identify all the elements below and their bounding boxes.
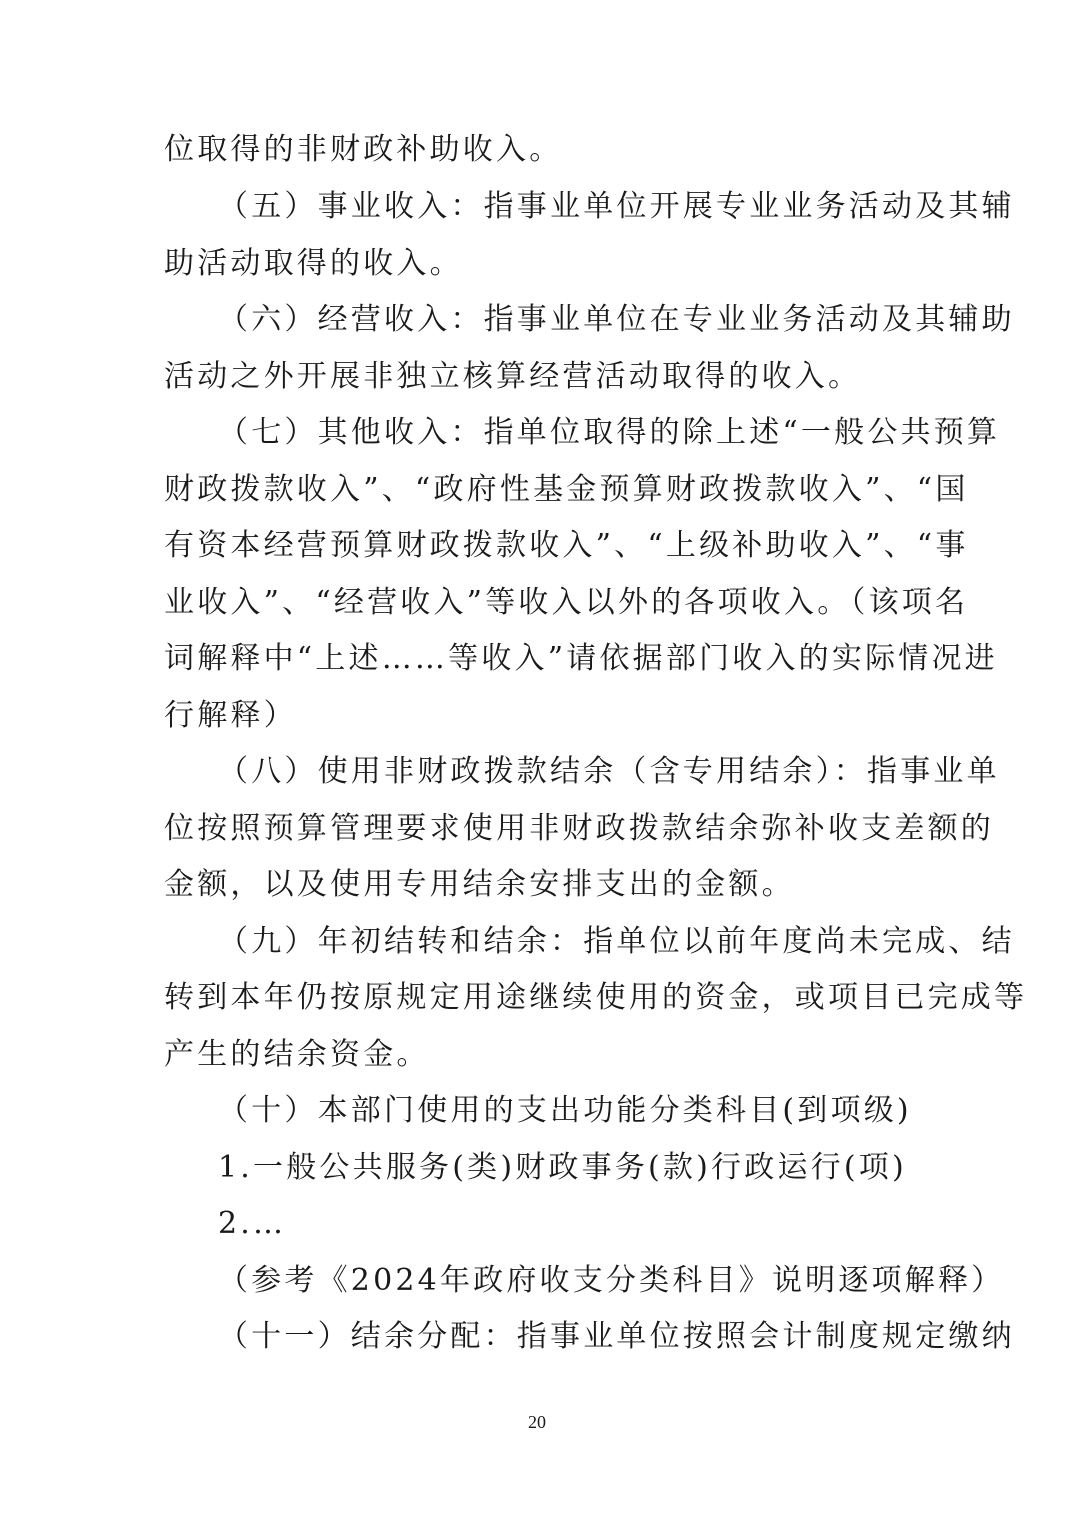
text-line-3: 助活动取得的收入。 (164, 244, 916, 284)
text-line-1: 位取得的非财政补助收入。 (164, 130, 916, 170)
text-line-10: 词解释中“上述……等收入”请依据部门收入的实际情况进 (164, 639, 916, 679)
document-page: 位取得的非财政补助收入。 （五）事业收入：指事业单位开展专业业务活动及其辅 助活… (0, 0, 1074, 1520)
text-line-14: 金额，以及使用专用结余安排支出的金额。 (164, 865, 916, 905)
section-ten-heading: （十）本部门使用的支出功能分类科目(到项级) (218, 1091, 970, 1131)
section-seven-heading: （七）其他收入：指单位取得的除上述“一般公共预算 (218, 413, 916, 453)
list-item-2: 2.… (218, 1204, 970, 1244)
section-five-heading: （五）事业收入：指事业单位开展专业业务活动及其辅 (218, 187, 916, 227)
list-item-1: 1.一般公共服务(类)财政事务(款)行政运行(项) (218, 1148, 970, 1188)
text-line-11: 行解释） (164, 696, 916, 736)
section-six-heading: （六）经营收入：指事业单位在专业业务活动及其辅助 (218, 300, 916, 340)
text-line-7: 财政拨款收入”、“政府性基金预算财政拨款收入”、“国 (164, 470, 916, 510)
text-line-8: 有资本经营预算财政拨款收入”、“上级补助收入”、“事 (164, 526, 916, 566)
section-eight-heading: （八）使用非财政拨款结余（含专用结余）：指事业单 (218, 752, 916, 792)
text-line-17: 产生的结余资金。 (164, 1035, 916, 1075)
reference-note: （参考《2024年政府收支分类科目》说明逐项解释） (218, 1261, 970, 1301)
section-eleven-heading: （十一）结余分配：指事业单位按照会计制度规定缴纳 (218, 1317, 916, 1357)
section-nine-heading: （九）年初结转和结余：指单位以前年度尚未完成、结 (218, 922, 916, 962)
text-line-16: 转到本年仍按原规定用途继续使用的资金，或项目已完成等 (164, 978, 916, 1018)
text-line-9: 业收入”、“经营收入”等收入以外的各项收入。（该项名 (164, 583, 916, 623)
text-line-5: 活动之外开展非独立核算经营活动取得的收入。 (164, 357, 916, 397)
text-line-13: 位按照预算管理要求使用非财政拨款结余弥补收支差额的 (164, 809, 916, 849)
page-number: 20 (0, 1410, 1074, 1434)
